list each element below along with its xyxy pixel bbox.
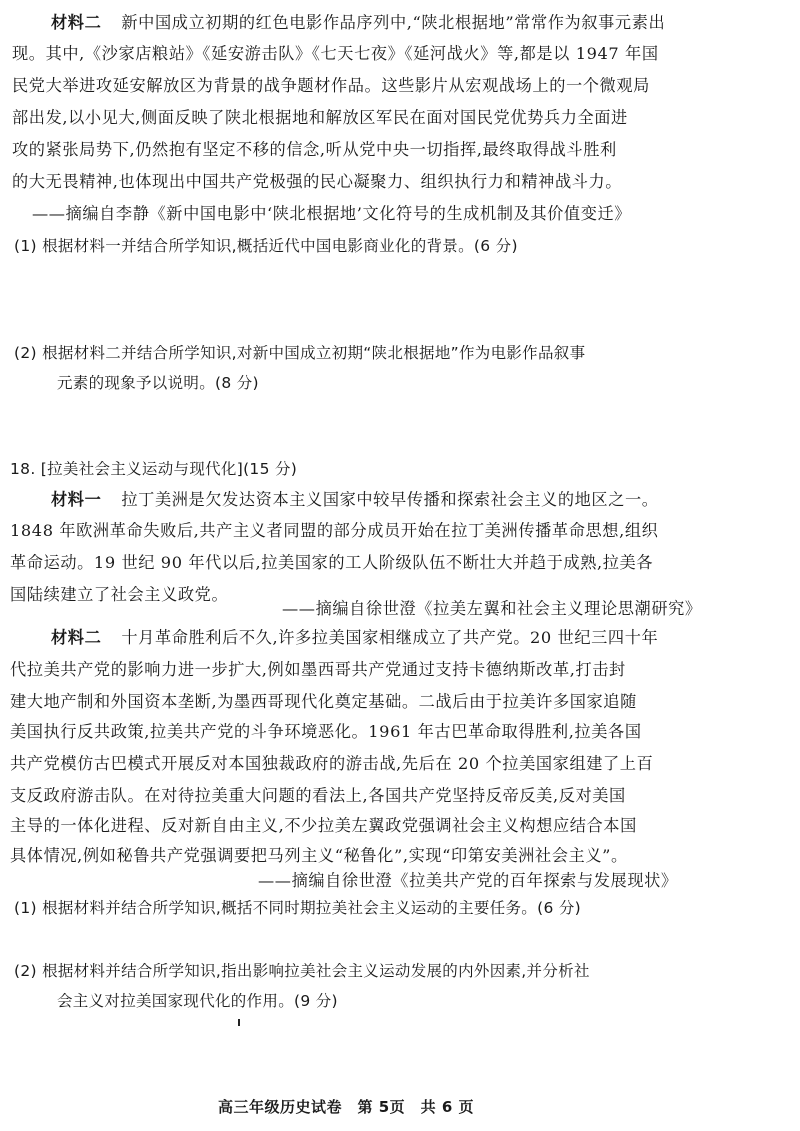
sub-question-2-cont: 元素的现象予以说明。(8 分) [57,372,259,394]
material-text-line: 的大无畏精神,也体现出中国共产党极强的民心凝聚力、组织执行力和精神战斗力。 [12,171,622,193]
material-text-line: 支反政府游击队。在对待拉美重大问题的看法上,各国共产党坚持反帝反美,反对美国 [10,785,626,807]
material-text-line: 革命运动。19 世纪 90 年代以后,拉美国家的工人阶级队伍不断壮大并趋于成熟,… [10,552,653,574]
material-text-line: 代拉美共产党的影响力进一步扩大,例如墨西哥共产党通过支持卡德纳斯改革,打击封 [10,659,626,681]
material-text-line: 1848 年欧洲革命失败后,共产主义者同盟的部分成员开始在拉丁美洲传播革命思想,… [10,520,658,542]
question-heading: 18. [拉美社会主义运动与现代化](15 分) [10,458,297,480]
material-text-line: 国陆续建立了社会主义政党。 [10,584,228,606]
sub-question-2: (2) 根据材料二并结合所学知识,对新中国成立初期“陕北根据地”作为电影作品叙事 [14,342,585,364]
sub-question-1: (1) 根据材料并结合所学知识,概括不同时期拉美社会主义运动的主要任务。(6 分… [14,897,581,919]
material-text-line: 材料二新中国成立初期的红色电影作品序列中,“陕北根据地”常常作为叙事元素出 [51,12,665,34]
material-text-line: 共产党模仿古巴模式开展反对本国独裁政府的游击战,先后在 20 个拉美国家组建了上… [10,753,653,775]
material-text-line: 美国执行反共政策,拉美共产党的斗争环境恶化。1961 年古巴革命取得胜利,拉美各… [10,721,642,743]
sub-question-1: (1) 根据材料一并结合所学知识,概括近代中国电影商业化的背景。(6 分) [14,235,518,257]
material-source: ——摘编自李静《新中国电影中‘陕北根据地’文化符号的生成机制及其价值变迁》 [32,203,631,225]
material-source: ——摘编自徐世澄《拉美左翼和社会主义理论思潮研究》 [282,598,702,620]
sub-question-2: (2) 根据材料并结合所学知识,指出影响拉美社会主义运动发展的内外因素,并分析社 [14,960,590,982]
material-text-line: 主导的一体化进程、反对新自由主义,不少拉美左翼政党强调社会主义构想应结合本国 [10,815,637,837]
material-text-line: 攻的紧张局势下,仍然抱有坚定不移的信念,听从党中央一切指挥,最终取得战斗胜利 [12,139,617,161]
material-label: 材料二 [51,13,101,32]
ink-mark [238,1019,240,1026]
page-footer: 高三年级历史试卷 第 5页 共 6 页 [218,1096,474,1118]
material-text-line: 建大地产制和外国资本垄断,为墨西哥现代化奠定基础。二战后由于拉美许多国家追随 [10,691,637,713]
material-text-line: 材料二十月革命胜利后不久,许多拉美国家相继成立了共产党。20 世纪三四十年 [51,627,658,649]
material-text-line: 具体情况,例如秘鲁共产党强调要把马列主义“秘鲁化”,实现“印第安美洲社会主义”。 [10,845,628,867]
material-text-line: 民党大举进攻延安解放区为背景的战争题材作品。这些影片从宏观战场上的一个微观局 [12,75,650,97]
material-source: ——摘编自徐世澄《拉美共产党的百年探索与发展现状》 [258,870,678,892]
material-text-line: 部出发,以小见大,侧面反映了陕北根据地和解放区军民在面对国民党优势兵力全面进 [12,107,628,129]
material-text-line: 材料一拉丁美洲是欠发达资本主义国家中较早传播和探索社会主义的地区之一。 [51,489,659,511]
material-label: 材料二 [51,628,101,647]
sub-question-2-cont: 会主义对拉美国家现代化的作用。(9 分) [57,990,338,1012]
material-label: 材料一 [51,490,101,509]
material-text-line: 现。其中,《沙家店粮站》《延安游击队》《七天七夜》《延河战火》等,都是以 194… [12,43,659,65]
